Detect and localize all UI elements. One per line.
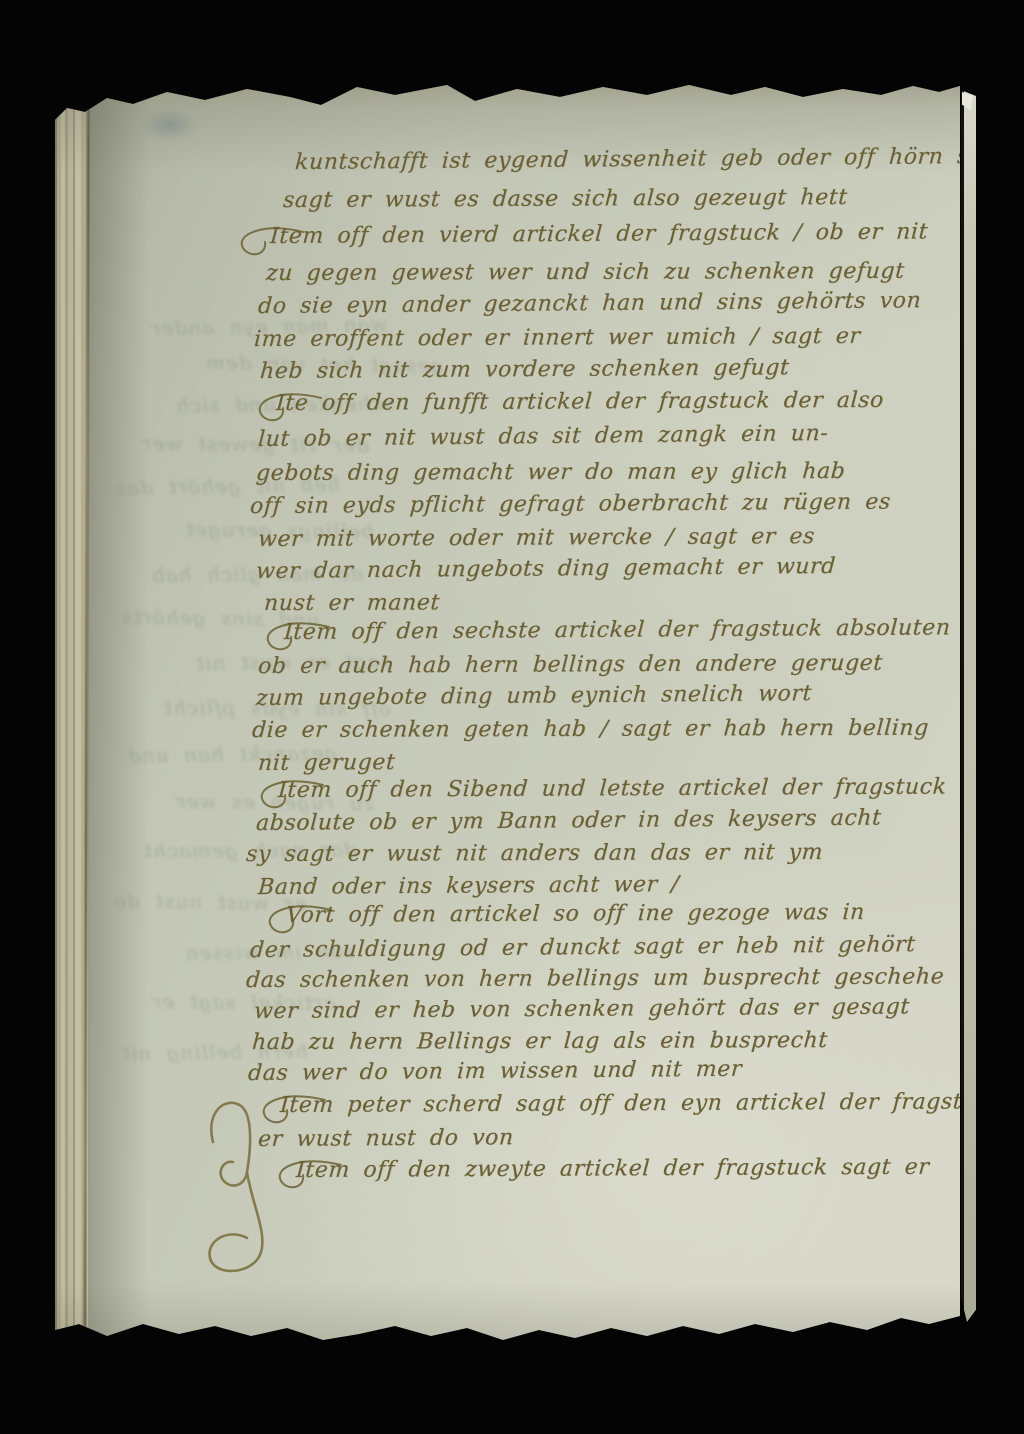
manuscript-line: Ite off den funfft artickel der fragstuc… bbox=[275, 390, 884, 415]
manuscript-line: sagt er wust es dasse sich also gezeugt … bbox=[282, 187, 848, 212]
manuscript-line: die er schenken geten hab / sagt er hab … bbox=[251, 718, 929, 742]
manuscript-line: nit geruget bbox=[257, 752, 396, 775]
manuscript-line: lut ob er nit wust das sit dem zangk ein… bbox=[257, 423, 829, 451]
manuscript-line: Item off den vierd artickel der fragstuc… bbox=[269, 221, 928, 248]
manuscript-line: hab zu hern Bellings er lag als ein busp… bbox=[251, 1030, 828, 1054]
manuscript-line: ob er auch hab hern bellings den andere … bbox=[257, 653, 883, 678]
underlying-page-edge bbox=[961, 90, 976, 1322]
bottom-shading bbox=[55, 1282, 960, 1342]
manuscript-line: absolute ob er ym Bann oder in des keyse… bbox=[255, 808, 882, 835]
faint-foliation-mark bbox=[141, 110, 197, 140]
manuscript-line: ime eroffent oder er innert wer umich / … bbox=[253, 326, 861, 351]
manuscript-line: Item off den zweyte artickel der fragstu… bbox=[295, 1157, 930, 1182]
manuscript-line: heb sich nit zum vordere schenken gefugt bbox=[259, 357, 790, 383]
manuscript-line: nust er manet bbox=[263, 592, 440, 615]
calligraphic-paraph-flourish bbox=[210, 1103, 263, 1271]
manuscript-line: das wer do von im wissen und nit mer bbox=[247, 1059, 742, 1085]
manuscript-line: Band oder ins keysers acht wer / bbox=[257, 874, 680, 899]
manuscript-line: wer dar nach ungebots ding gemacht er wu… bbox=[255, 556, 836, 583]
manuscript-line: gebots ding gemacht wer do man ey glich … bbox=[255, 461, 846, 485]
manuscript-line: Vort off den artickel so off ine gezoge … bbox=[285, 902, 865, 927]
manuscript-line: wer sind er heb von schenken gehört das … bbox=[253, 996, 910, 1023]
manuscript-line: zu gegen gewest wer und sich zu schenken… bbox=[265, 261, 905, 285]
manuscript-line: off sin eyds pflicht gefragt oberbracht … bbox=[249, 492, 891, 518]
manuscript-line: zum ungebote ding umb eynich snelich wor… bbox=[255, 683, 812, 710]
manuscript-line: Item off den Sibend und letste artickel … bbox=[277, 776, 947, 802]
photograph-background: wan man eyn andergesagt het von demschen… bbox=[0, 0, 1024, 1434]
manuscript-line: Item off den sechste artickel der fragst… bbox=[283, 617, 951, 644]
manuscript-line: sy sagt er wust nit anders dan das er ni… bbox=[245, 842, 823, 866]
manuscript-line: do sie eyn ander gezanckt han und sins g… bbox=[257, 290, 922, 318]
manuscript-line: das schenken von hern bellings um buspre… bbox=[245, 966, 945, 992]
manuscript-page: wan man eyn andergesagt het von demschen… bbox=[55, 80, 960, 1342]
gutter-shadow bbox=[88, 80, 150, 1342]
manuscript-line: wer mit worte oder mit wercke / sagt er … bbox=[257, 526, 815, 551]
manuscript-line: Item peter scherd sagt off den eyn artic… bbox=[279, 1091, 1004, 1117]
manuscript-line: der schuldigung od er dunckt sagt er heb… bbox=[249, 934, 916, 962]
manuscript-line: er wust nust do von bbox=[257, 1127, 514, 1151]
